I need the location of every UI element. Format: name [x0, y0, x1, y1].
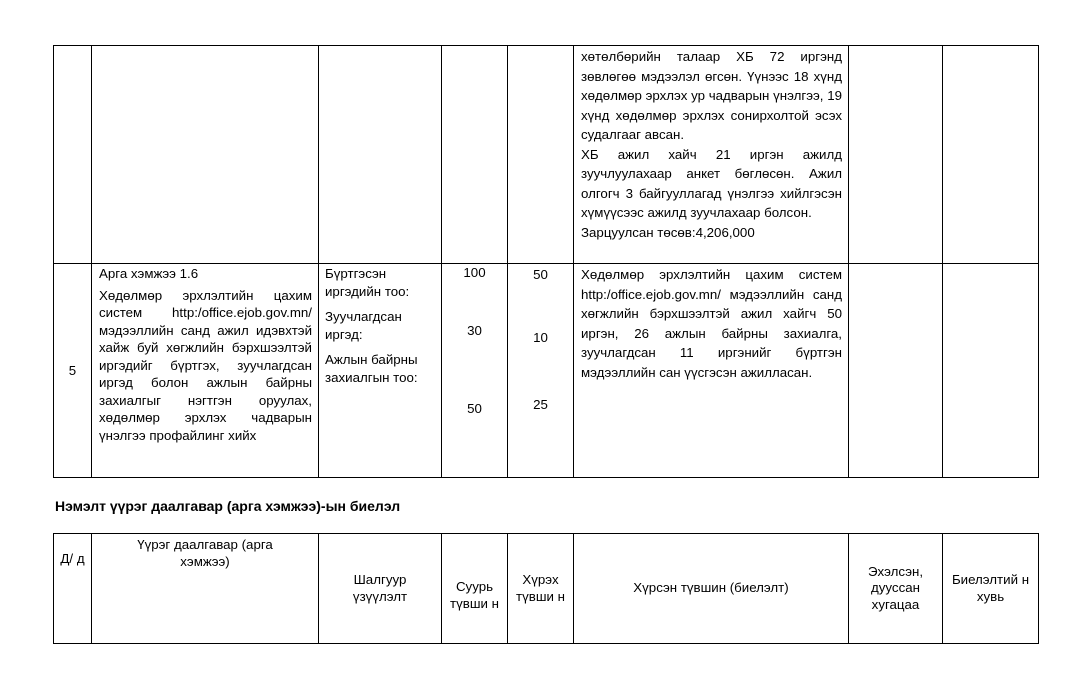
target-cell: 50 10 25 — [508, 264, 574, 478]
table-row: 5 Арга хэмжээ 1.6 Хөдөлмөр эрхлэлтийн ца… — [54, 264, 1039, 478]
table-header-row: Д/ д Үүрэг даалгавар (арга хэмжээ) Шалгу… — [54, 534, 1039, 644]
indicator-label: Бүртгэсэн иргэдийн тоо: — [325, 265, 435, 300]
baseline-value: 30 — [442, 323, 507, 338]
indicator-cell — [319, 46, 442, 264]
target-cell — [508, 46, 574, 264]
header-target: Хүрэх түвши н — [508, 534, 574, 644]
percent-cell — [943, 264, 1039, 478]
baseline-cell: 100 30 50 — [442, 264, 508, 478]
task-cell: Арга хэмжээ 1.6 Хөдөлмөр эрхлэлтийн цахи… — [92, 264, 319, 478]
percent-cell — [943, 46, 1039, 264]
baseline-value: 50 — [442, 401, 507, 416]
header-baseline: Суурь түвши н — [442, 534, 508, 644]
indicator-cell: Бүртгэсэн иргэдийн тоо: Зуучлагдсан иргэ… — [319, 264, 442, 478]
task-title: Арга хэмжээ 1.6 — [99, 265, 312, 283]
task-description: Хөдөлмөр эрхлэлтийн цахим систем http:/o… — [99, 287, 312, 445]
target-value: 25 — [508, 397, 573, 412]
table-row: хөтөлбөрийн талаар ХБ 72 иргэнд зөвлөгөө… — [54, 46, 1039, 264]
header-indicator: Шалгуур үзүүлэлт — [319, 534, 442, 644]
header-number: Д/ д — [54, 534, 92, 644]
row-number-cell: 5 — [54, 264, 92, 478]
baseline-cell — [442, 46, 508, 264]
result-text: Хөдөлмөр эрхлэлтийн цахим систем http:/o… — [581, 265, 842, 382]
result-paragraph: ХБ ажил хайч 21 иргэн ажилд зуучлуулахаа… — [581, 145, 842, 223]
period-cell — [849, 46, 943, 264]
indicator-label: Зуучлагдсан иргэд: — [325, 308, 435, 343]
result-cell: Хөдөлмөр эрхлэлтийн цахим систем http:/o… — [574, 264, 849, 478]
indicator-label: Ажлын байрны захиалгын тоо: — [325, 351, 435, 386]
header-period: Эхэлсэн, дууссан хугацаа — [849, 534, 943, 644]
additional-tasks-table: Д/ д Үүрэг даалгавар (арга хэмжээ) Шалгу… — [53, 533, 1039, 644]
target-value: 50 — [508, 267, 573, 282]
baseline-value: 100 — [442, 265, 507, 280]
header-percent: Биелэлтий н хувь — [943, 534, 1039, 644]
task-cell — [92, 46, 319, 264]
period-cell — [849, 264, 943, 478]
result-cell: хөтөлбөрийн талаар ХБ 72 иргэнд зөвлөгөө… — [574, 46, 849, 264]
result-paragraph: хөтөлбөрийн талаар ХБ 72 иргэнд зөвлөгөө… — [581, 47, 842, 145]
row-number-cell — [54, 46, 92, 264]
section-heading: Нэмэлт үүрэг даалгавар (арга хэмжээ)-ын … — [55, 498, 400, 514]
header-task: Үүрэг даалгавар (арга хэмжээ) — [92, 534, 319, 644]
results-table: хөтөлбөрийн талаар ХБ 72 иргэнд зөвлөгөө… — [53, 45, 1039, 478]
target-value: 10 — [508, 330, 573, 345]
budget-spent: Зарцуулсан төсөв:4,206,000 — [581, 223, 842, 243]
header-result: Хүрсэн түвшин (биелэлт) — [574, 534, 849, 644]
